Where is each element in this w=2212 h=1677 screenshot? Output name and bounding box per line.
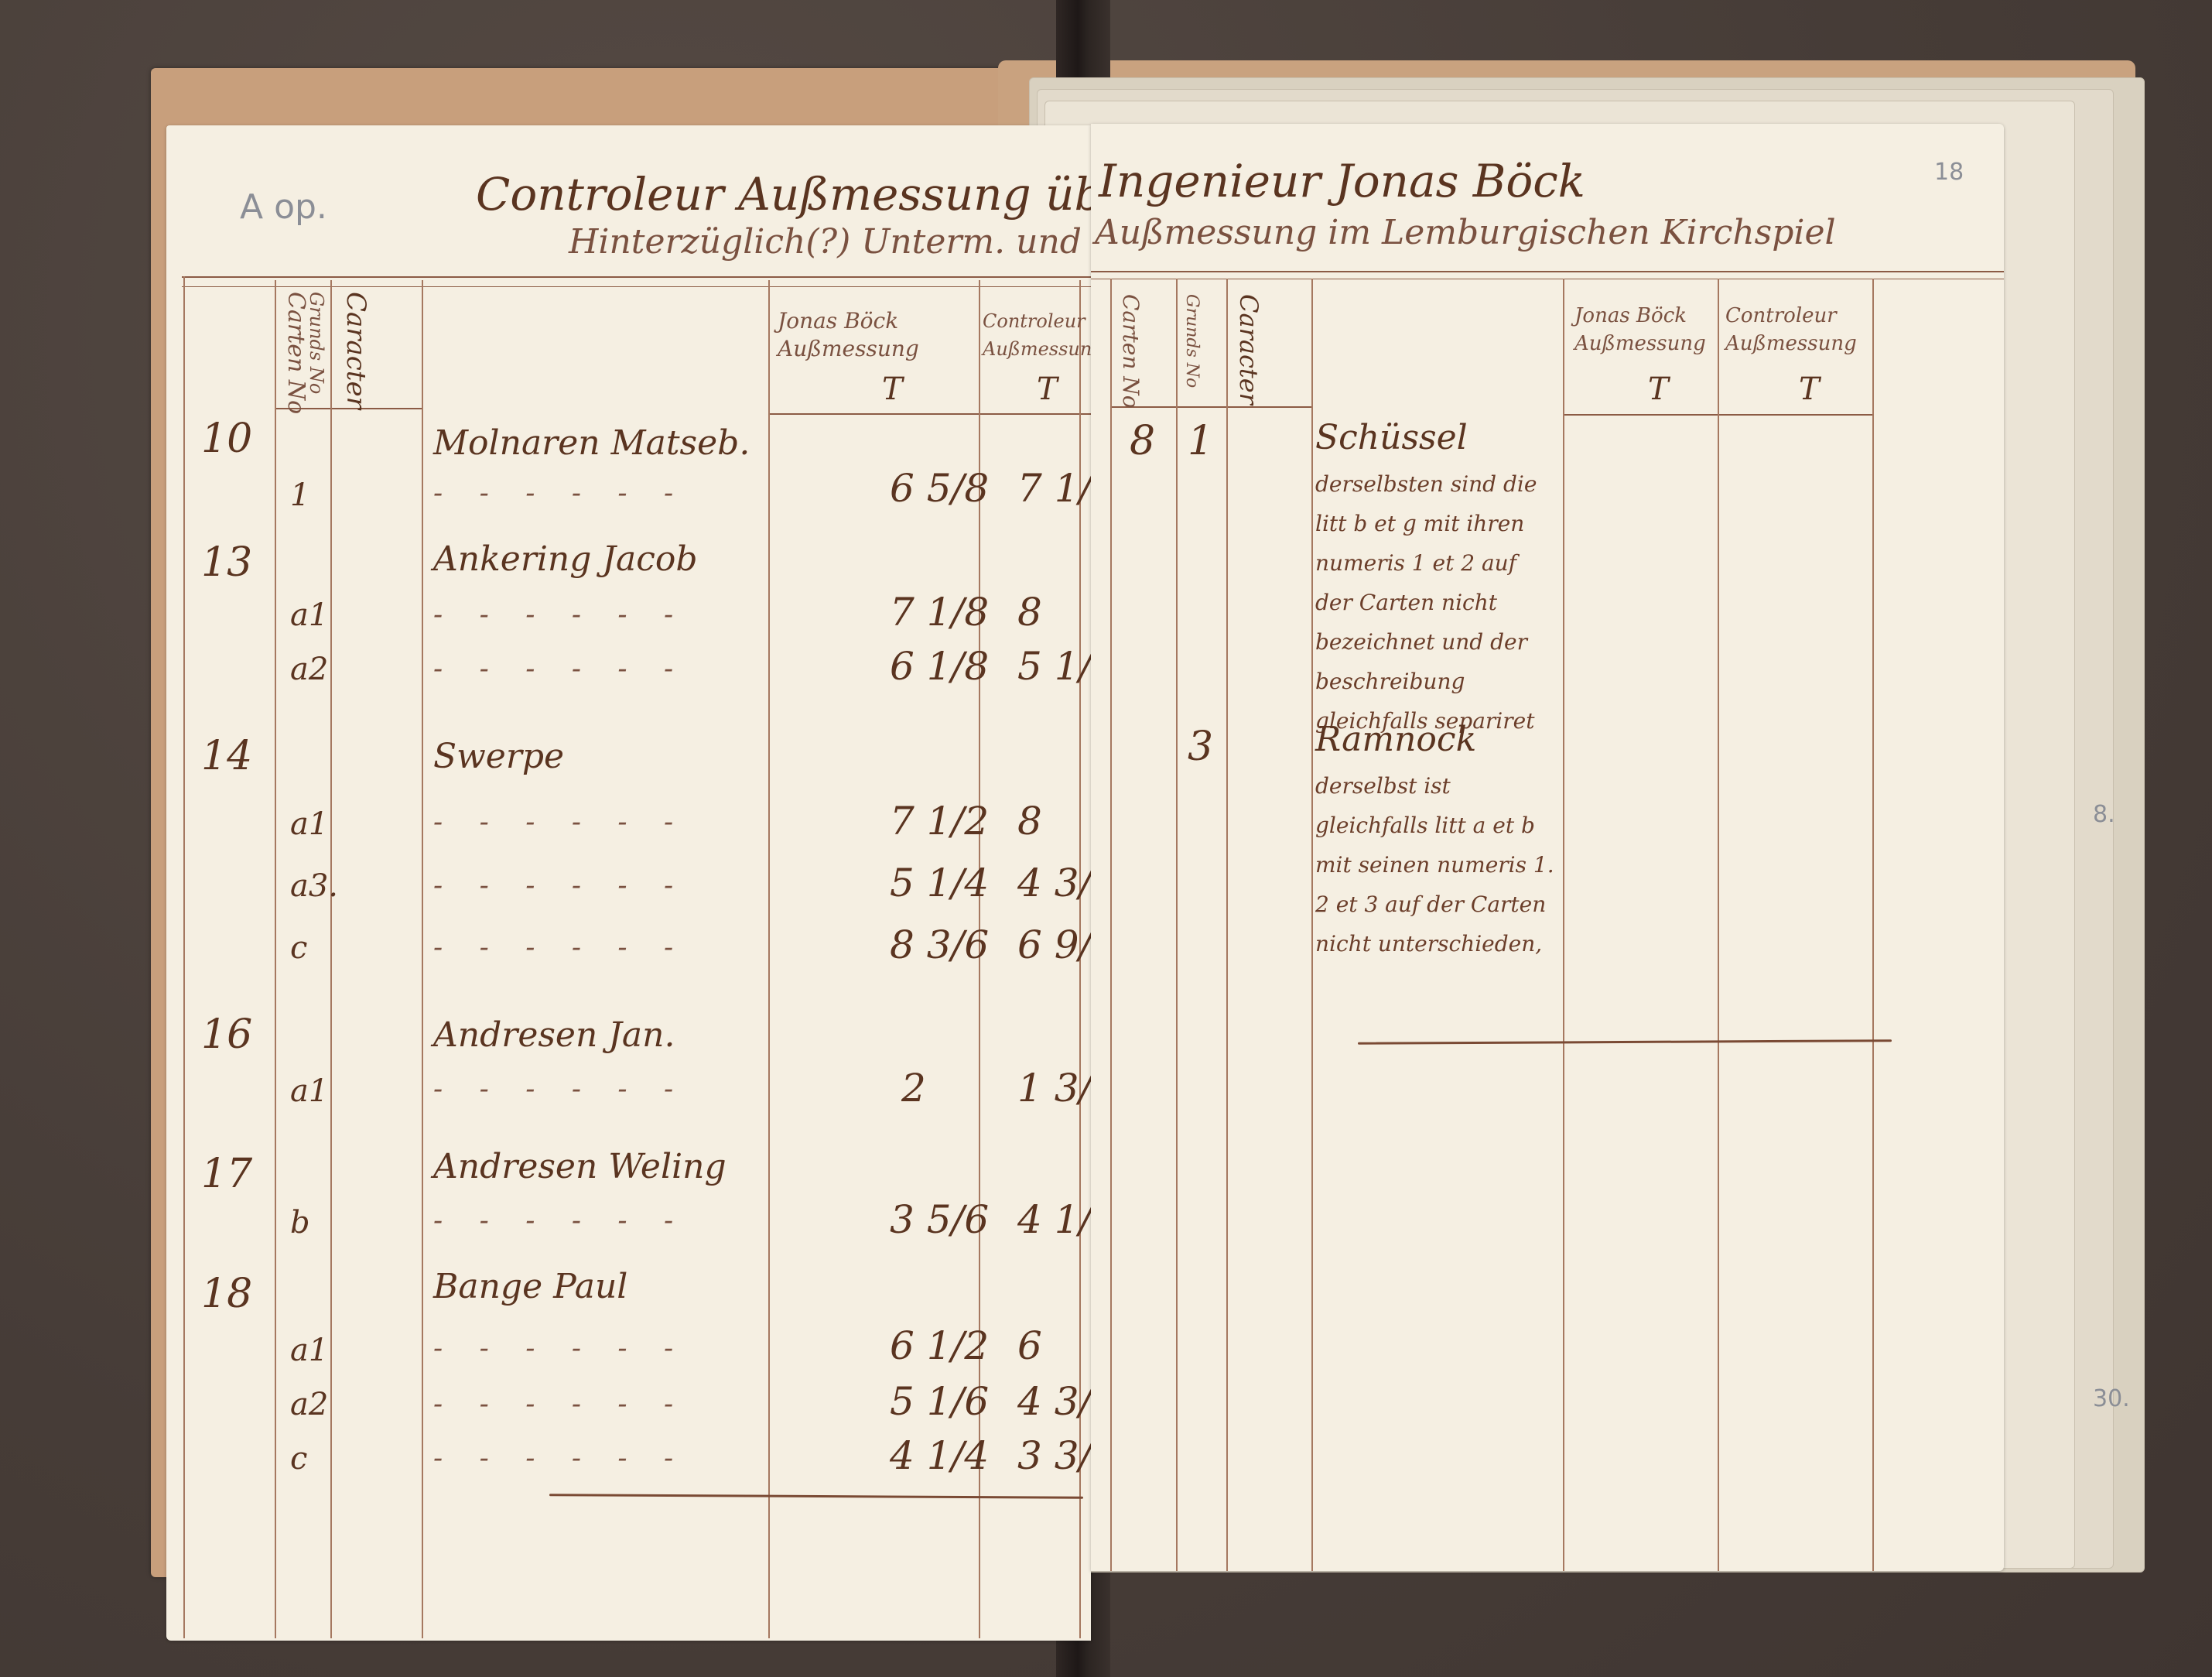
dash-leader: - - - - - - [433,653,687,685]
column-header-jonas-boeck: Jonas Böck Außmessung [1574,302,1718,358]
header-rule [1091,279,2004,279]
owner-name: Andresen Jan. [433,1015,675,1055]
column-rule [275,280,276,1638]
dash-leader: - - - - - - [433,1388,687,1420]
value-jonas-boeck: 2 [901,1066,926,1111]
value-jonas-boeck: 5 1/4 [890,861,989,905]
value-jonas-boeck: 5 1/6 [890,1379,989,1424]
header-title-line2-right: Außmessung im Lemburgischen Kirchspiel [1095,213,1836,252]
carten-number: 18 [201,1271,252,1317]
grund-number: a1 [290,597,328,633]
dash-leader: - - - - - - [433,1073,687,1105]
value-jonas-boeck: 4 1/4 [890,1433,989,1478]
carten-number: 10 [201,416,252,462]
column-rule [1718,279,1719,1571]
carten-number: 8 [1130,418,1155,464]
header-rule [182,286,1091,287]
value-jonas-boeck: 6 1/2 [890,1323,989,1368]
column-header-controleur: Controleur Außmessung [983,307,1083,363]
pencil-margin-annotation: 8. [2093,801,2115,828]
column-rule [1110,279,1112,1571]
pencil-page-number: 18 [1934,159,1964,186]
column-rule [1311,279,1313,1571]
column-header-carten: Carten No [1118,294,1144,409]
grund-number: c [290,1441,307,1477]
dash-leader: - - - - - - [433,806,687,838]
carten-number: 14 [201,733,252,779]
carten-number: 17 [201,1151,252,1197]
grund-number: b [290,1205,310,1241]
value-jonas-boeck: 3 5/6 [890,1197,989,1242]
unit-symbol: T [1799,371,1820,407]
left-page: A op. Controleur Außmessung über Hinterz… [166,125,1091,1641]
column-rule [422,280,423,1638]
value-jonas-boeck: 6 1/8 [890,644,989,689]
owner-name: Ramnock [1315,720,1476,759]
unit-symbol: T [1648,371,1669,407]
column-header-rule [770,413,1091,415]
grund-number: a2 [290,1387,328,1422]
dash-leader: - - - - - - [433,1205,687,1237]
value-controleur: 6 [1017,1323,1042,1368]
column-header-grunds: Grunds No [306,292,327,394]
grund-number: a2 [290,652,328,687]
grund-number: 1 [290,477,309,513]
column-rule [768,280,770,1638]
grund-number: a1 [290,1333,328,1368]
grund-number: a1 [290,806,328,842]
column-rule [1226,279,1228,1571]
value-jonas-boeck: 8 3/6 [890,922,989,967]
owner-name: Bange Paul [433,1267,627,1306]
value-jonas-boeck: 7 1/8 [890,590,989,635]
owner-name: Swerpe [433,737,564,776]
unit-symbol: T [882,371,903,407]
grund-number: 3 [1188,724,1213,770]
dash-leader: - - - - - - [433,1443,687,1474]
dash-leader: - - - - - - [433,932,687,963]
pencil-margin-annotation: 30. [2093,1385,2130,1412]
column-rule [1872,279,1874,1571]
header-title-line1-right: Ingenieur Jonas Böck [1099,155,1585,207]
column-rule [330,280,332,1638]
header-rule [1091,271,2004,272]
column-header-grunds: Grunds No [1182,294,1202,388]
grund-number: a3. [290,868,338,904]
owner-name: Andresen Weling [433,1147,727,1186]
column-header-jonas-boeck: Jonas Böck Außmessung [778,307,975,363]
dash-leader: - - - - - - [433,870,687,902]
value-jonas-boeck: 6 5/8 [890,466,989,511]
column-header-controleur: Controleur Außmessung [1725,302,1872,358]
unit-symbol: T [1037,371,1058,407]
dash-leader: - - - - - - [433,1333,687,1364]
closing-rule [549,1494,1083,1499]
header-title-line2-left: Hinterzüglich(?) Unterm. und [569,222,1082,262]
pencil-annotation: A op. [240,187,327,227]
remark-note: derselbst ist gleichfalls litt a et b mi… [1315,766,1555,963]
column-header-caracter: Caracter [1234,294,1263,405]
grund-number: 1 [1188,418,1213,464]
dash-leader: - - - - - - [433,599,687,631]
right-page: Ingenieur Jonas Böck Außmessung im Lembu… [1091,124,2004,1571]
header-rule [182,276,1091,278]
column-rule [1176,279,1178,1571]
grund-number: c [290,930,307,966]
margin-rule [183,276,185,1638]
owner-name: Molnaren Matseb. [433,423,750,463]
dash-leader: - - - - - - [433,477,687,509]
owner-name: Ankering Jacob [433,539,698,579]
value-jonas-boeck: 7 1/2 [890,799,989,844]
header-title-line1-left: Controleur Außmessung über [476,168,1151,221]
value-controleur: 8 [1017,590,1042,635]
column-header-caracter: Caracter [340,292,371,409]
grund-number: a1 [290,1073,328,1109]
carten-number: 16 [201,1011,252,1058]
value-controleur: 8 [1017,799,1042,844]
column-rule [1563,279,1564,1571]
carten-number: 13 [201,539,252,586]
closing-rule [1358,1039,1892,1045]
owner-name: Schüssel [1315,418,1468,457]
remark-note: derselbsten sind die litt b et g mit ihr… [1315,464,1555,741]
